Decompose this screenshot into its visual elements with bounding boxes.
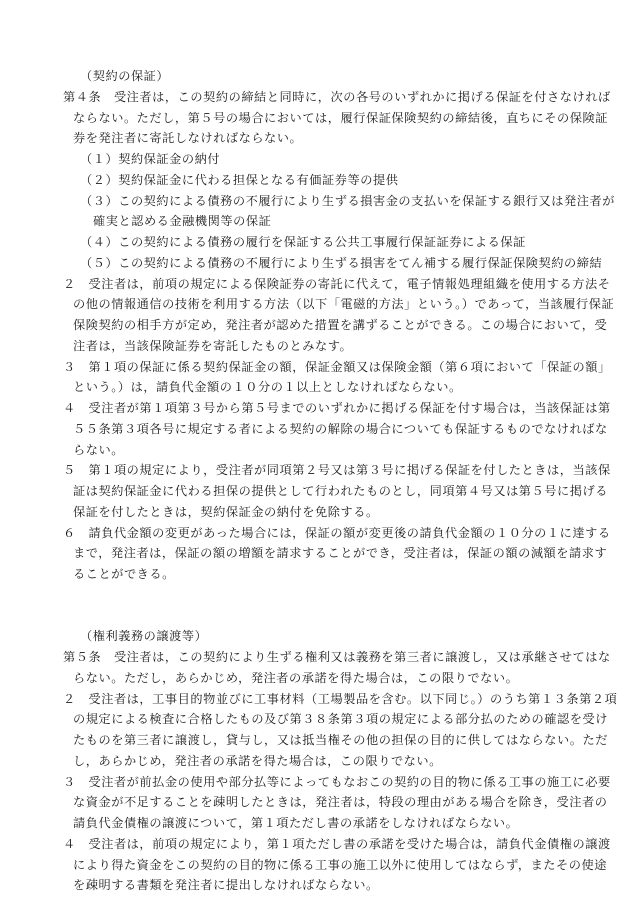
article-4-item-4: （４）この契約による債務の履行を保証する公共工事履行保証証券による保証 xyxy=(63,232,571,253)
article-5-para-4: ４ 受注者は，前項の規定により，第１項ただし書の承諾を受けた場合は，請負代金債権… xyxy=(63,834,571,855)
article-5-para-2: し，あらかじめ，発注者の承諾を得た場合は，この限りでない。 xyxy=(63,751,571,772)
article-5-para-2: の規定による検査に合格したもの及び第３８条第３項の規定による部分払のための確認を… xyxy=(63,709,571,730)
document-page: （契約の保証） 第４条 受注者は，この契約の締結と同時に，次の各号のいずれかに掲… xyxy=(63,66,571,896)
article-5-para-3: ３ 受注者が前払金の使用や部分払等によってもなおこの契約の目的物に係る工事の施工… xyxy=(63,772,571,793)
article-4-para-2: 保険契約の相手方が定め，発注者が認めた措置を講ずることができる。この場合において… xyxy=(63,315,571,336)
article-5-para-3: 請負代金債権の譲渡について，第１項ただし書の承諾をしなければならない。 xyxy=(63,813,571,834)
article-5-para-3: な資金が不足することを疎明したときは，発注者は，特段の理由がある場合を除き，受注… xyxy=(63,792,571,813)
article-4-item-3-cont: 確実と認める金融機関等の保証 xyxy=(63,211,571,232)
article-4-para-5: ５ 第１項の規定により，受注者が同項第２号又は第３号に掲げる保証を付したときは，… xyxy=(63,460,571,481)
article-4-line: 券を発注者に寄託しなければならない。 xyxy=(63,128,571,149)
article-4-para-5: 保証を付したときは，契約保証金の納付を免除する。 xyxy=(63,502,571,523)
article-4-para-3: ３ 第１項の保証に係る契約保証金の額，保証金額又は保険金額（第６項において「保証… xyxy=(63,357,571,378)
article-4-para-4: ５５条第３項各号に規定する者による契約の解除の場合についても保証するものでなけれ… xyxy=(63,419,571,440)
article-4-para-6: ６ 請負代金額の変更があった場合には，保証の額が変更後の請負代金額の１０分の１に… xyxy=(63,523,571,544)
section-heading-assignment-of-rights: （権利義務の譲渡等） xyxy=(63,626,571,647)
article-5-para-2: たものを第三者に譲渡し，貸与し，又は抵当権その他の担保の目的に供してはならない。… xyxy=(63,730,571,751)
article-4-item-2: （２）契約保証金に代わる担保となる有価証券等の提供 xyxy=(63,170,571,191)
article-5-line: らない。ただし，あらかじめ，発注者の承諾を得た場合は，この限りでない。 xyxy=(63,668,571,689)
article-5-para-2: ２ 受注者は，工事目的物並びに工事材料（工場製品を含む。以下同じ。）のうち第１３… xyxy=(63,689,571,710)
article-4-line: ならない。ただし，第５号の場合においては，履行保証保険契約の締結後，直ちにその保… xyxy=(63,108,571,129)
article-4-para-4: らない。 xyxy=(63,440,571,461)
article-4-line: 第４条 受注者は，この契約の締結と同時に，次の各号のいずれかに掲げる保証を付さな… xyxy=(63,87,571,108)
article-4-para-2: 注者は，当該保険証券を寄託したものとみなす。 xyxy=(63,336,571,357)
article-4-para-6: まで，発注者は，保証の額の増額を請求することができ，受注者は，保証の額の減額を請… xyxy=(63,543,571,564)
section-heading-contract-guarantee: （契約の保証） xyxy=(63,66,571,87)
article-5-line: 第５条 受注者は，この契約により生ずる権利又は義務を第三者に譲渡し，又は承継させ… xyxy=(63,647,571,668)
article-5-para-4: を疎明する書類を発注者に提出しなければならない。 xyxy=(63,875,571,896)
article-4-para-2: の他の情報通信の技術を利用する方法（以下「電磁的方法」という。）であって，当該履… xyxy=(63,294,571,315)
section-spacer xyxy=(63,585,571,627)
article-4-para-4: ４ 受注者が第１項第３号から第５号までのいずれかに掲げる保証を付す場合は，当該保… xyxy=(63,398,571,419)
article-4-item-3: （３）この契約による債務の不履行により生ずる損害金の支払いを保証する銀行又は発注… xyxy=(63,191,571,212)
article-5-para-4: により得た資金をこの契約の目的物に係る工事の施工以外に使用してはならず，またその… xyxy=(63,855,571,876)
article-4-item-5: （５）この契約による債務の不履行により生ずる損害をてん補する履行保証保険契約の締… xyxy=(63,253,571,274)
article-4-para-5: 証は契約保証金に代わる担保の提供として行われたものとし，同項第４号又は第５号に掲… xyxy=(63,481,571,502)
article-4-item-1: （１）契約保証金の納付 xyxy=(63,149,571,170)
article-4-para-6: ることができる。 xyxy=(63,564,571,585)
article-4-para-3: という。）は，請負代金額の１０分の１以上としなければならない。 xyxy=(63,377,571,398)
article-4-para-2: ２ 受注者は，前項の規定による保険証券の寄託に代えて，電子情報処理組織を使用する… xyxy=(63,274,571,295)
